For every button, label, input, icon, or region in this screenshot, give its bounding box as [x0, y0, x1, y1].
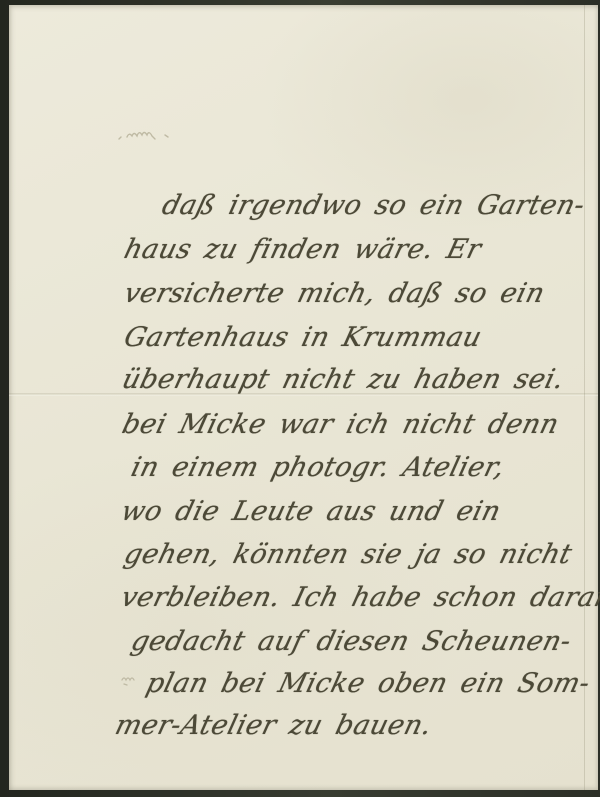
- scanned-letter: daß irgendwo so ein Garten- haus zu find…: [0, 0, 600, 797]
- handwriting-line: daß irgendwo so ein Garten-: [159, 190, 588, 221]
- handwriting-line: gedacht auf diesen Scheunen-: [128, 626, 575, 657]
- letter-paper: daß irgendwo so ein Garten- haus zu find…: [9, 5, 598, 790]
- handwriting-line: gehen, könnten sie ja so nicht: [121, 539, 575, 570]
- handwriting-line: verbleiben. Ich habe schon daran: [118, 582, 600, 613]
- handwriting-line: haus zu finden wäre. Er: [121, 234, 485, 265]
- handwriting-line: versicherte mich, daß so ein: [121, 278, 548, 309]
- pencil-annotation-margin: [119, 669, 149, 687]
- handwriting-line: mer-Atelier zu bauen.: [112, 710, 435, 741]
- handwriting-line: bei Micke war ich nicht denn: [119, 409, 562, 440]
- handwriting-line: Gartenhaus in Krummau: [121, 322, 485, 353]
- handwriting-line: wo die Leute aus und ein: [118, 496, 504, 527]
- handwriting-line: in einem photogr. Atelier,: [128, 452, 508, 483]
- pencil-annotation-top: [113, 123, 193, 149]
- handwriting-line: plan bei Micke oben ein Som-: [143, 668, 593, 699]
- handwriting-line: überhaupt nicht zu haben sei.: [119, 364, 567, 395]
